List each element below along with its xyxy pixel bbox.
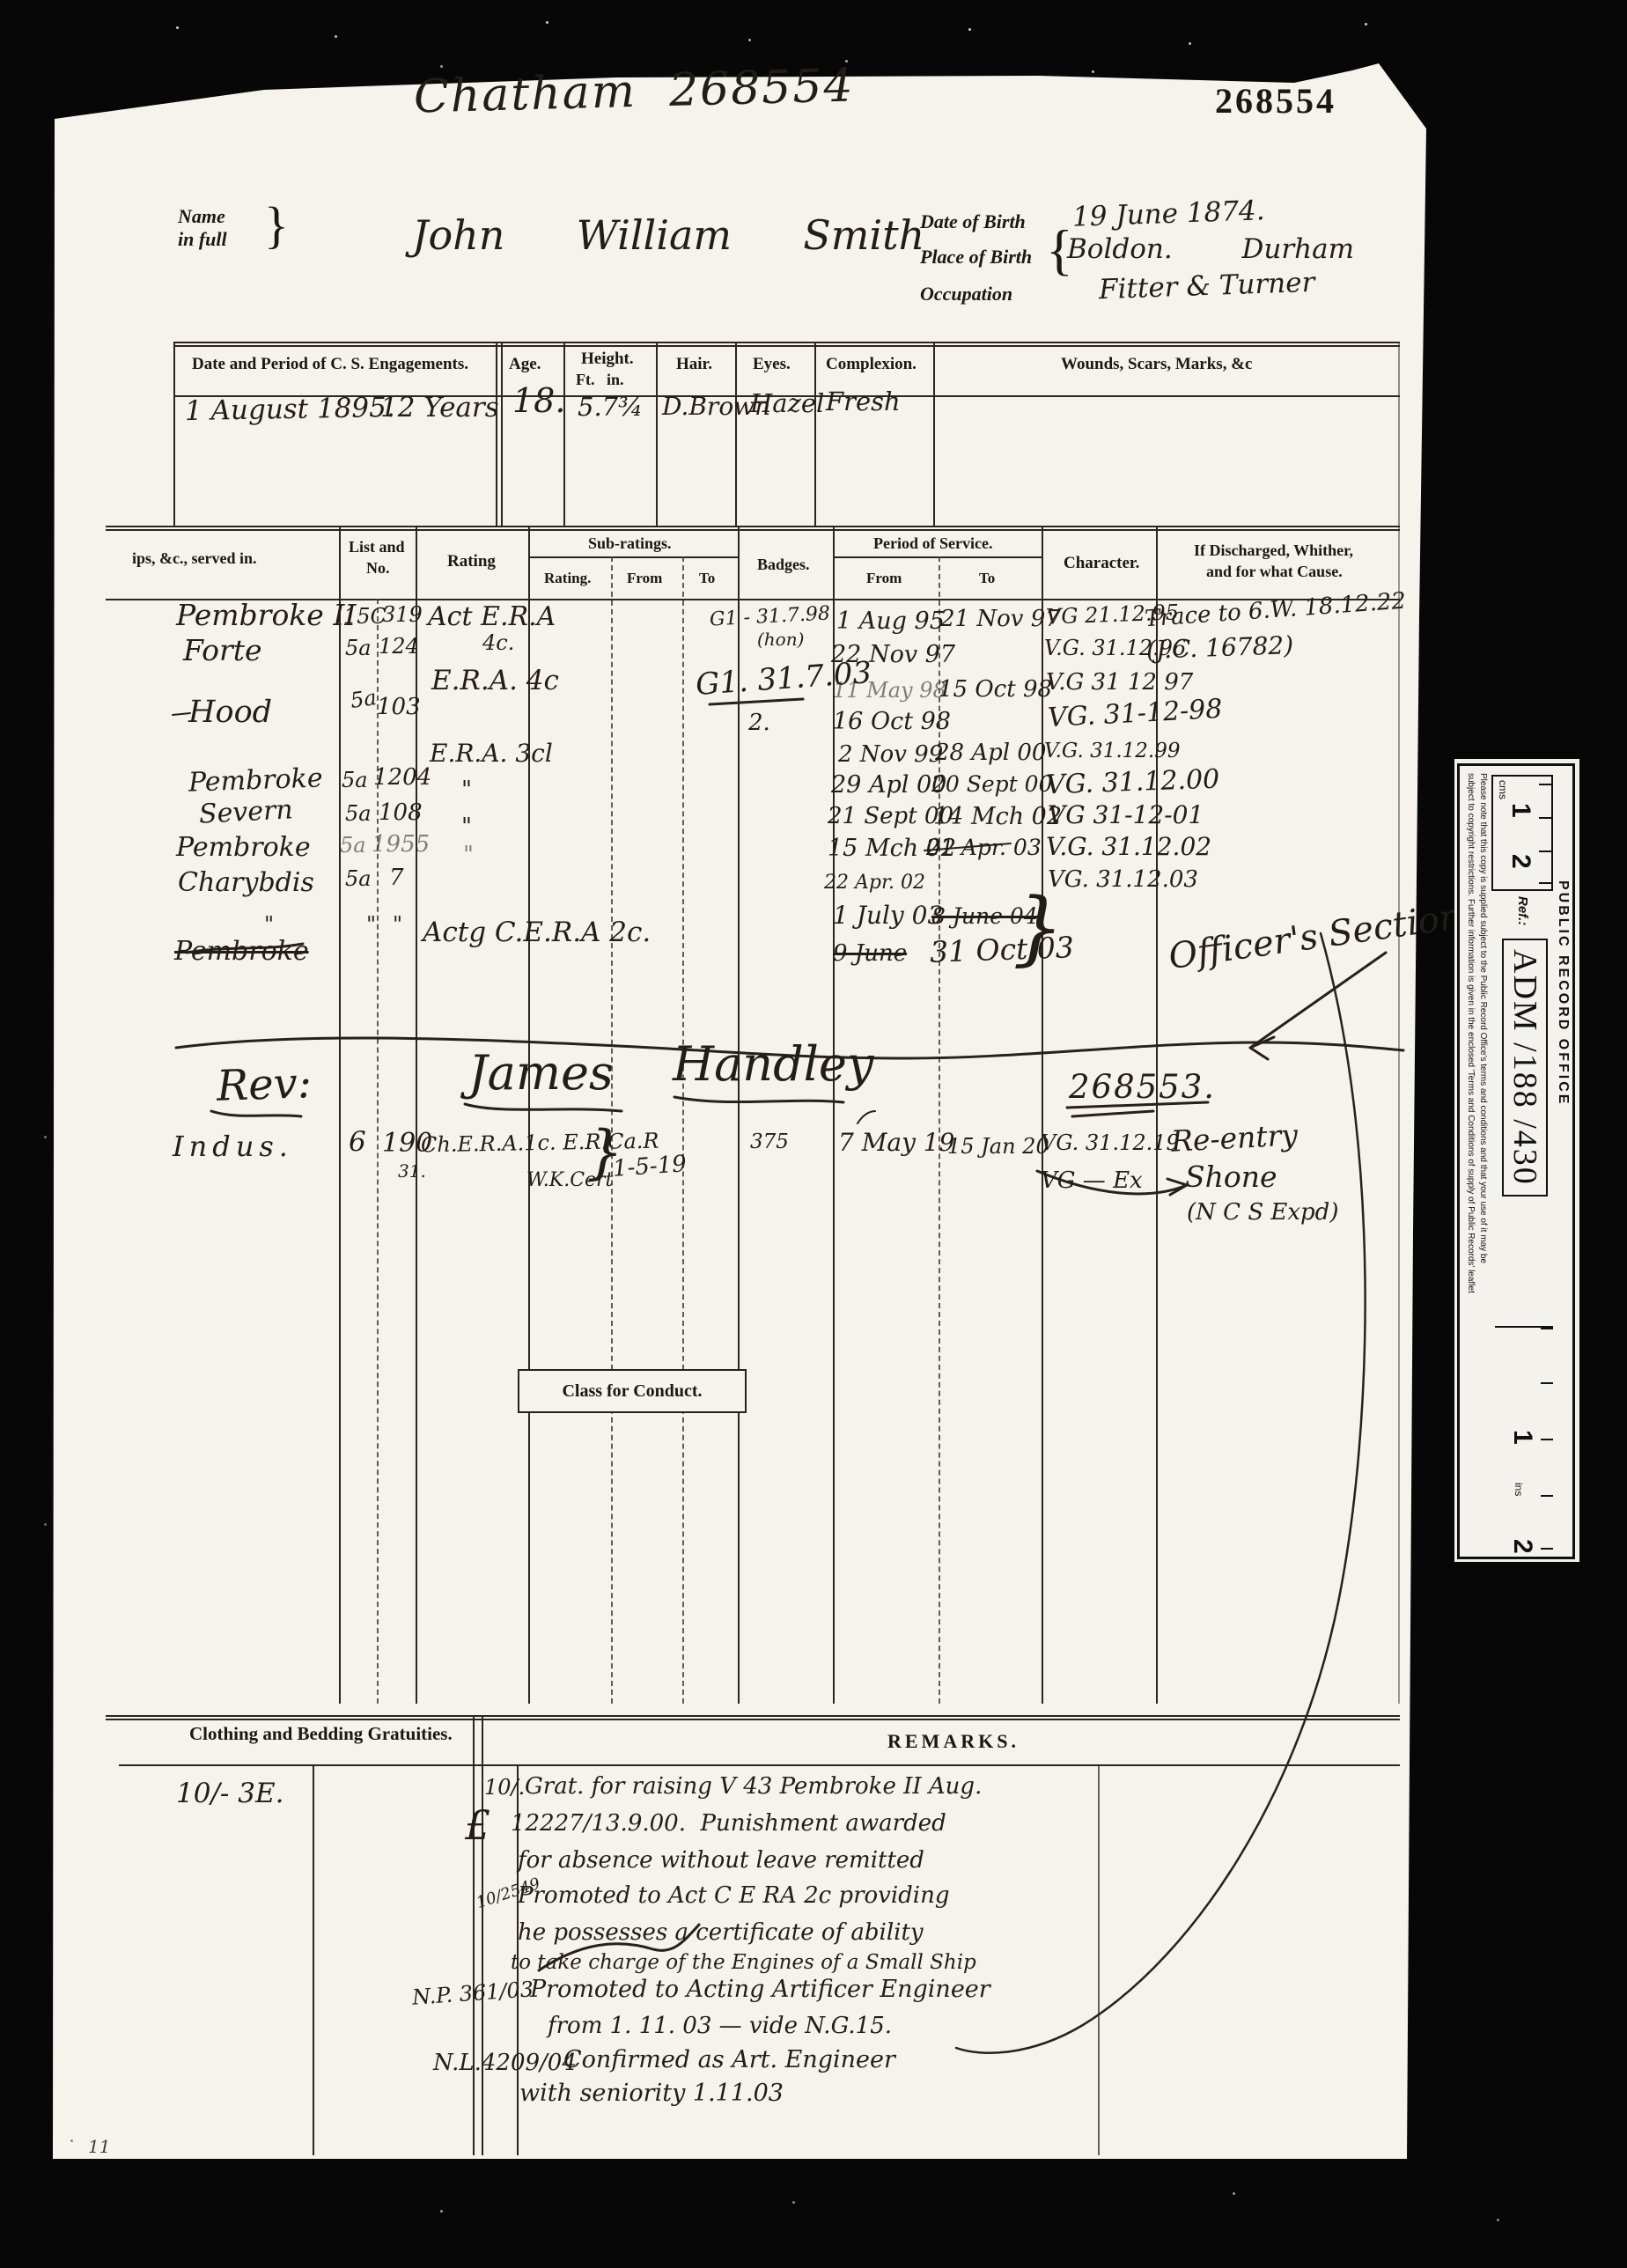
col-list-and: List and	[349, 539, 405, 556]
badge-entry: 375	[750, 1132, 789, 1152]
related-number: 268553.	[1069, 1071, 1216, 1103]
ruler-tick	[1541, 1548, 1553, 1550]
ref-label: Ref.:	[1515, 896, 1530, 925]
ship-pembroke-struck: Pembroke	[174, 939, 309, 965]
ruler-tick	[1539, 850, 1551, 852]
col-wounds: Wounds, Scars, Marks, &c	[1061, 356, 1252, 373]
ref-value: ADM /188 /430	[1502, 939, 1548, 1197]
remark-line: with seniority 1.11.03	[519, 2081, 784, 2105]
service-to: 28 Apl 00	[935, 741, 1046, 764]
ink-stroke	[211, 1111, 301, 1116]
closing-brace: }	[1012, 887, 1064, 968]
ruler-tick	[1541, 1382, 1553, 1384]
ditto-mark: "	[461, 778, 472, 801]
list-no: 31.	[398, 1162, 426, 1180]
ins-ruler: 1 2 ins	[1495, 1326, 1553, 1553]
col-period-from: From	[866, 571, 902, 586]
ruler-tick	[1541, 1495, 1553, 1497]
occupation-label: Occupation	[920, 283, 1012, 304]
service-to: 15 Jan 20	[947, 1136, 1049, 1157]
service-from: 1 Aug 95	[836, 609, 945, 633]
list-no: 15C	[343, 606, 387, 627]
pro-office-title: PUBLIC RECORD OFFICE	[1555, 880, 1571, 1106]
col-eyes: Eyes.	[753, 356, 791, 373]
list-no: 108	[379, 801, 423, 824]
cms-ruler: 1 2 cms	[1491, 775, 1553, 891]
col-engagements: Date and Period of C. S. Engagements.	[192, 356, 468, 373]
pro-reference-strip: PUBLIC RECORD OFFICE 1 2 cms Ref.: ADM /…	[1454, 759, 1579, 1562]
ink-stroke	[465, 1104, 622, 1111]
rating-era-3cl: E.R.A. 3cl	[430, 741, 553, 766]
discharge-note-2: (J.C. 16782)	[1146, 633, 1294, 663]
list-no: 7	[389, 866, 404, 889]
remark-line: Grat. for raising V 43 Pembroke II Aug.	[525, 1775, 982, 1798]
col-list-no: No.	[366, 560, 390, 577]
ditto-mark: "	[461, 815, 472, 838]
station-and-number: Chatham 268554	[413, 63, 855, 120]
ship-charybdis: Charybdis	[178, 870, 314, 896]
age-value: 18.	[512, 384, 565, 417]
ink-stroke	[674, 1097, 843, 1102]
pob-value: Boldon. Durham	[1067, 236, 1354, 263]
rating-date: 1-5-19	[612, 1152, 687, 1181]
character-entry: VG 31-12-01	[1048, 803, 1204, 828]
remark-line: Promoted to Act C E RA 2c providing	[518, 1884, 950, 1907]
service-from: 2 Nov 99	[838, 743, 943, 766]
col-ships: ips, &c., served in.	[132, 550, 257, 567]
ditto-mark: "	[264, 914, 274, 935]
rating-actg-cera-2c: Actg C.E.R.A 2c.	[423, 919, 651, 946]
clothing-gratuities-label: Clothing and Bedding Gratuities.	[189, 1724, 453, 1743]
scanned-service-record: Chatham 268554 268554 Name in full } Joh…	[0, 0, 1627, 2268]
cms-label: cms	[1497, 780, 1509, 799]
col-height: Height.	[581, 350, 634, 368]
character-entry: V.G 31 12 97	[1046, 671, 1193, 694]
list-no: 5a	[349, 687, 378, 711]
remark-line: for absence without leave remitted	[518, 1849, 924, 1872]
col-discharged-1: If Discharged, Whither,	[1194, 542, 1353, 559]
service-from: 11 May 98	[833, 680, 946, 701]
eyes-value: Hazel	[750, 391, 824, 416]
service-to: 15 Oct 98	[939, 678, 1052, 701]
character-entry: VG. 31.12.00	[1046, 767, 1220, 799]
character-entry: V.G. 31.12.02	[1046, 835, 1211, 859]
col-sub-rating: Rating.	[544, 571, 591, 586]
list-no: 5a	[345, 637, 372, 659]
engagement-date: 1 August 1895.	[185, 394, 395, 425]
name-label-line1: Name	[178, 206, 225, 226]
reentry-note: Re-entry	[1170, 1120, 1299, 1155]
service-to: 21 Apr. 03	[926, 836, 1042, 858]
remark-line: he possesses a certificate of ability	[518, 1921, 924, 1944]
complexion-value: Fresh	[826, 389, 901, 415]
col-hair: Hair.	[676, 356, 712, 373]
pro-strip-box: PUBLIC RECORD OFFICE 1 2 cms Ref.: ADM /…	[1457, 763, 1575, 1559]
ship-forte: Forte	[183, 636, 262, 665]
col-badges: Badges.	[757, 556, 810, 573]
list-no: 103	[377, 696, 421, 718]
pro-strip-rotated-content: PUBLIC RECORD OFFICE 1 2 cms Ref.: ADM /…	[1454, 759, 1579, 1562]
ship-pembroke-ii: Pembroke II	[176, 600, 356, 630]
service-from: 22 Nov 97	[831, 643, 955, 666]
rating-ch-era: Ch.E.R.A.1c. E.R.Ca.R	[421, 1130, 659, 1156]
service-from: 22 Apr. 02	[824, 873, 925, 893]
name-label-line2: in full	[178, 229, 227, 249]
rating-era-4c: E.R.A. 4c	[431, 667, 559, 695]
ditto-mark: "	[366, 914, 376, 935]
ink-stroke	[858, 1111, 875, 1123]
page-mark: 11	[88, 2138, 110, 2155]
dob-value: 19 June 1874.	[1072, 197, 1266, 232]
list-no: 5a	[345, 803, 372, 824]
ruler-tick	[1541, 1439, 1553, 1440]
remark-line: Confirmed as Art. Engineer	[563, 2048, 895, 2072]
col-rating: Rating	[447, 553, 496, 571]
ship-pembroke-2: Pembroke	[188, 765, 324, 796]
ins-ruler-2: 2	[1507, 1539, 1537, 1554]
service-to: 21 Nov 97	[940, 607, 1060, 630]
remark-code: 10/.	[484, 1777, 525, 1798]
cms-ruler-2: 2	[1506, 854, 1535, 869]
col-height-units: Ft. in.	[576, 372, 624, 388]
ship-severn: Severn	[198, 797, 293, 828]
col-sub-from: From	[627, 571, 662, 586]
ditto-mark: "	[393, 914, 402, 935]
character-entry: VG. 31.12.03	[1048, 868, 1198, 891]
list-no: 5a	[342, 769, 368, 791]
height-value: 5.7¾	[578, 394, 643, 420]
ruler-tick	[1539, 882, 1551, 884]
ncs-note: (N C S Expd)	[1187, 1201, 1338, 1224]
service-from-struck: 9 June	[833, 942, 907, 965]
remark-code: N.L.4209/04	[433, 2051, 577, 2074]
list-no: 1204	[373, 766, 431, 789]
ins-label: ins	[1513, 1483, 1525, 1496]
remark-code: £	[465, 1805, 490, 1845]
remarks-label: REMARKS.	[887, 1731, 1020, 1751]
ship-hood: Hood	[188, 697, 272, 728]
shone-note: Shone	[1185, 1162, 1277, 1191]
character-entry: V.G. 31.12.99	[1044, 741, 1181, 762]
clothing-gratuity-value: 10/- 3E.	[176, 1780, 283, 1808]
list-no: 6	[349, 1129, 366, 1156]
list-no: 1955	[372, 833, 430, 856]
service-from: 7 May 19	[838, 1130, 954, 1155]
list-no: 319	[382, 604, 423, 625]
badge-entry: (hon)	[757, 630, 804, 648]
remark-line: 12227/13.9.00. Punishment awarded	[511, 1812, 946, 1835]
ruler-tick	[1541, 1328, 1553, 1329]
col-sub-to: To	[699, 571, 715, 586]
list-no: 5a	[340, 835, 366, 856]
remark-line: from 1. 11. 03 — vide N.G.15.	[548, 2014, 892, 2037]
name-brace: }	[264, 199, 289, 253]
rev-note: Rev:	[216, 1062, 312, 1108]
service-to: 14 Mch 02	[933, 805, 1062, 828]
col-complexion: Complexion.	[826, 356, 917, 373]
ruler-tick	[1539, 784, 1551, 785]
list-no: 5a	[345, 868, 372, 889]
service-from: 29 Apl 00	[831, 773, 946, 797]
ditto-mark: "	[463, 843, 474, 866]
next-of-kin-last: Handley	[673, 1041, 873, 1088]
character-entry: VG. 31.12.19	[1041, 1132, 1180, 1153]
ink-stroke	[173, 713, 190, 715]
service-from: 16 Oct 98	[833, 710, 951, 733]
ship-indus: Indus.	[173, 1132, 293, 1160]
col-subratings: Sub-ratings.	[588, 535, 672, 552]
occupation-value: Fitter & Turner	[1099, 269, 1315, 305]
pob-label: Place of Birth	[920, 247, 1032, 267]
badge-entry: 2.	[748, 711, 770, 734]
pro-disclaimer-2: subject to copyright restrictions. Furth…	[1466, 773, 1476, 1530]
col-discharged-2: and for what Cause.	[1206, 563, 1343, 580]
remark-line: Promoted to Acting Artificer Engineer	[530, 1977, 990, 2001]
service-to: 20 Sept 00	[931, 773, 1053, 795]
name-value: John William Smith	[412, 215, 924, 255]
remark-line: to take charge of the Engines of a Small…	[511, 1953, 976, 1973]
col-character: Character.	[1064, 555, 1139, 572]
ins-ruler-1: 1	[1507, 1430, 1537, 1445]
ruler-tick	[1539, 817, 1551, 819]
next-of-kin-first: James	[468, 1049, 614, 1097]
vg-ex-note: VG — Ex	[1041, 1169, 1143, 1192]
col-period-to: To	[979, 571, 995, 586]
ship-pembroke-3: Pembroke	[176, 835, 311, 861]
col-age: Age.	[509, 356, 541, 373]
official-number: 268554	[1215, 83, 1336, 120]
rating-act-era-4c: Act E.R.A	[428, 604, 556, 630]
list-no: 124	[379, 636, 419, 657]
col-period: Period of Service.	[873, 535, 992, 552]
service-from: 1 July 03	[833, 903, 943, 928]
engagement-period: 12 Years	[380, 394, 499, 422]
rating-act-era-4c-class: 4c.	[482, 632, 514, 653]
dob-label: Date of Birth	[920, 211, 1026, 232]
pro-disclaimer-1: Please note that this copy is supplied s…	[1478, 773, 1488, 1530]
cms-ruler-1: 1	[1506, 803, 1535, 818]
